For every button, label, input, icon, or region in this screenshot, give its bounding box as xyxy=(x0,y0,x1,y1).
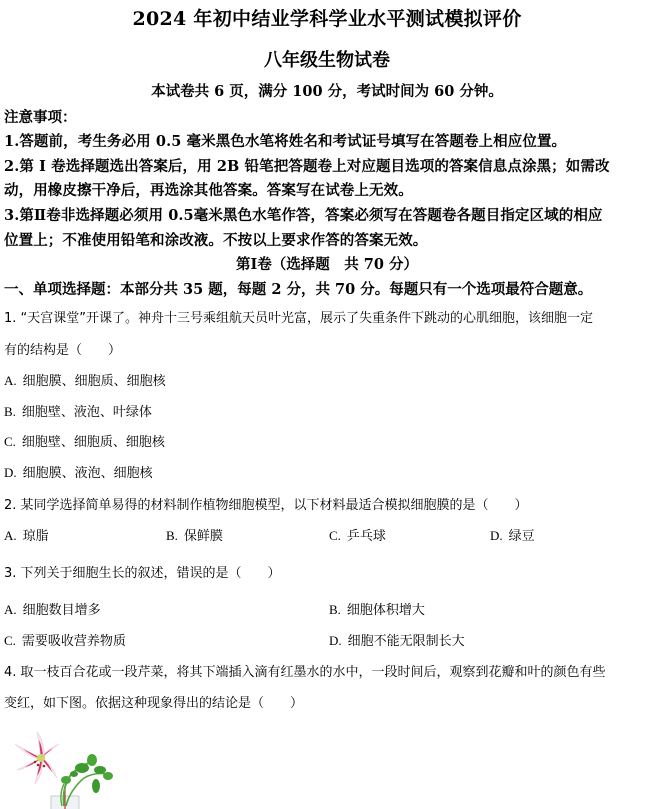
flower-illustration-icon xyxy=(4,728,124,809)
option-letter: B. xyxy=(329,602,341,617)
question-4-stem-line-1: 4. 取一枝百合花或一段芹菜，将其下端插入滴有红墨水的水中，一段时间后，观察到花… xyxy=(4,661,606,680)
option-text: 琼脂 xyxy=(23,529,49,544)
note-item-2: 2.第 I 卷选择题选出答案后，用 2B 铅笔把答题卷上对应题目选项的答案信息点… xyxy=(4,155,610,176)
question-3-stem: 3. 下列关于细胞生长的叙述，错误的是（ ） xyxy=(4,562,281,581)
option-letter: D. xyxy=(490,528,503,543)
option-text: 需要吸收营养物质 xyxy=(22,634,126,649)
option-letter: A. xyxy=(4,528,17,543)
option-text: 细胞膜、液泡、细胞核 xyxy=(23,466,153,481)
exam-title: 2024 年初中结业学科学业水平测试模拟评价 xyxy=(0,4,654,31)
question-3-option-d: D.细胞不能无限制长大 xyxy=(329,630,465,649)
question-2-option-d: D.绿豆 xyxy=(490,525,535,544)
option-letter: B. xyxy=(166,528,178,543)
question-3-option-a: A.细胞数目增多 xyxy=(4,599,101,618)
exam-subtitle: 八年级生物试卷 xyxy=(0,46,654,72)
option-text: 绿豆 xyxy=(509,529,535,544)
question-1-option-d: D.细胞膜、液泡、细胞核 xyxy=(4,462,153,481)
question-1-option-c: C.细胞壁、细胞质、细胞核 xyxy=(4,431,165,450)
option-text: 保鲜膜 xyxy=(184,529,223,544)
question-2-option-b: B.保鲜膜 xyxy=(166,525,223,544)
note-item-2-cont: 动，用橡皮擦干净后，再选涂其他答案。答案写在试卷上无效。 xyxy=(4,179,413,200)
question-2-option-a: A.琼脂 xyxy=(4,525,49,544)
option-text: 细胞壁、液泡、叶绿体 xyxy=(22,405,152,420)
exam-meta: 本试卷共 6 页，满分 100 分，考试时间为 60 分钟。 xyxy=(0,80,654,101)
note-item-3-cont: 位置上；不准使用铅笔和涂改液。不按以上要求作答的答案无效。 xyxy=(4,229,427,250)
note-item-1: 1.答题前，考生务必用 0.5 毫米黑色水笔将姓名和考试证号填写在答题卷上相应位… xyxy=(4,130,566,151)
question-3-option-b: B.细胞体积增大 xyxy=(329,599,425,618)
option-letter: D. xyxy=(4,465,17,480)
lily-and-celery-in-water-image xyxy=(4,728,124,809)
option-text: 细胞壁、细胞质、细胞核 xyxy=(22,435,165,450)
notes-heading: 注意事项： xyxy=(4,106,77,127)
option-text: 细胞数目增多 xyxy=(23,603,101,618)
question-4-stem-line-2: 变红，如下图。依据这种现象得出的结论是（ ） xyxy=(4,692,303,711)
option-letter: A. xyxy=(4,373,17,388)
option-letter: A. xyxy=(4,602,17,617)
question-1-stem-line-2: 有的结构是（ ） xyxy=(4,339,121,358)
option-letter: C. xyxy=(4,633,16,648)
note-item-3: 3.第Ⅱ卷非选择题必须用 0.5毫米黑色水笔作答，答案必须写在答题卷各题目指定区… xyxy=(4,204,603,225)
option-text: 细胞体积增大 xyxy=(347,603,425,618)
option-letter: B. xyxy=(4,404,16,419)
option-text: 乒乓球 xyxy=(347,529,386,544)
option-letter: D. xyxy=(329,633,342,648)
question-2-option-c: C.乒乓球 xyxy=(329,525,386,544)
question-3-option-c: C.需要吸收营养物质 xyxy=(4,630,126,649)
section-title: 第Ⅰ卷（选择题 共 70 分） xyxy=(0,253,654,274)
option-text: 细胞不能无限制长大 xyxy=(348,634,465,649)
question-1-option-b: B.细胞壁、液泡、叶绿体 xyxy=(4,401,152,420)
question-2-stem: 2. 某同学选择简单易得的材料制作植物细胞模型，以下材料最适合模拟细胞膜的是（ … xyxy=(4,494,528,513)
option-letter: C. xyxy=(4,434,16,449)
question-1-stem-line-1: 1. “天宫课堂”开课了。神舟十三号乘组航天员叶光富，展示了失重条件下跳动的心肌… xyxy=(4,307,593,326)
option-letter: C. xyxy=(329,528,341,543)
question-1-option-a: A.细胞膜、细胞质、细胞核 xyxy=(4,370,166,389)
section-instruction: 一、单项选择题：本部分共 35 题，每题 2 分，共 70 分。每题只有一个选项… xyxy=(4,278,592,299)
option-text: 细胞膜、细胞质、细胞核 xyxy=(23,374,166,389)
